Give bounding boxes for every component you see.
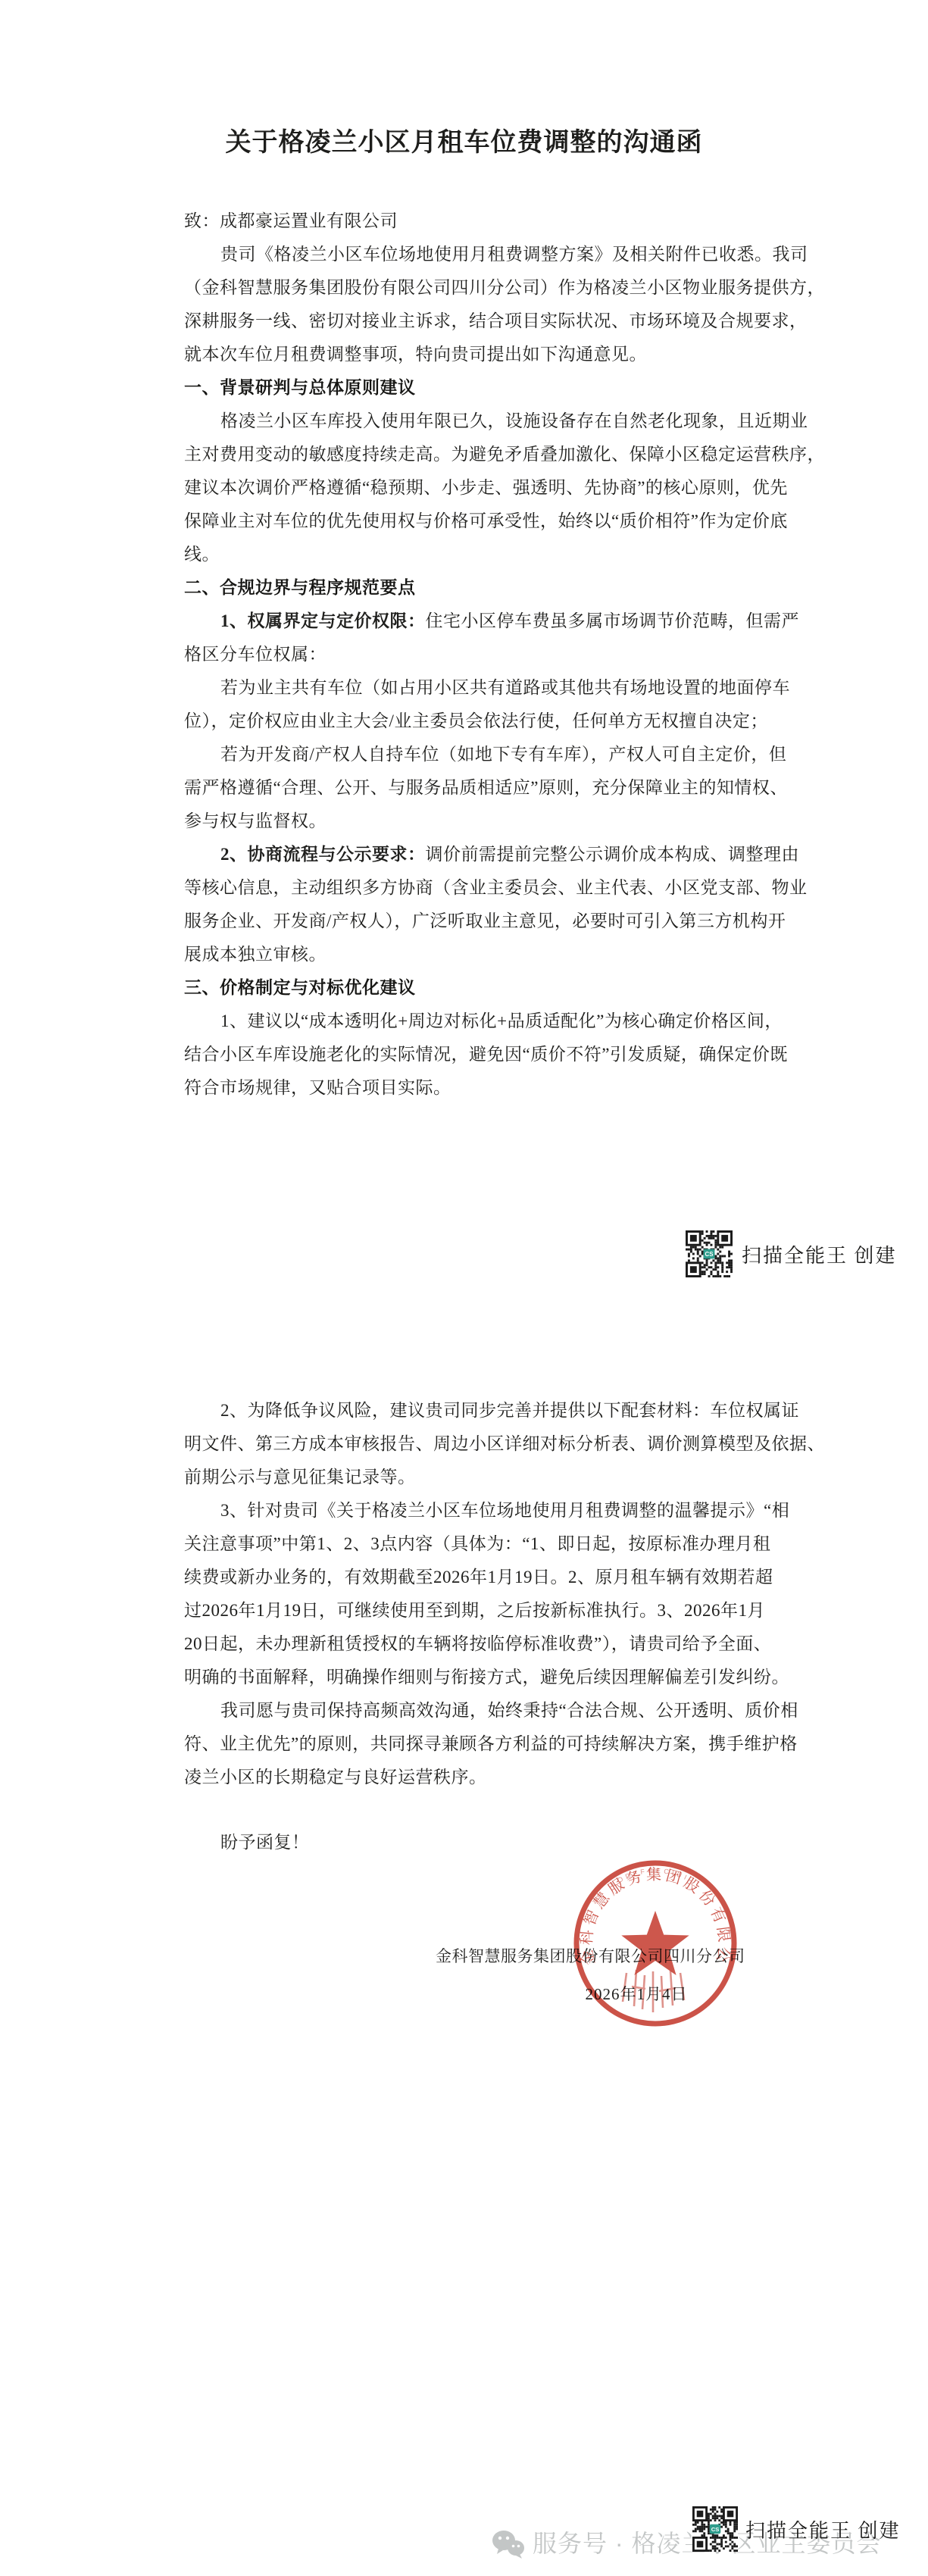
camscanner-label: 扫描全能王 创建 bbox=[742, 1240, 897, 1268]
text-line: 参与权与监督权。 bbox=[184, 805, 790, 838]
text-line: 前期公示与意见征集记录等。 bbox=[184, 1461, 790, 1494]
text-line: 等核心信息，主动组织多方协商（含业主委员会、业主代表、小区党支部、物业 bbox=[184, 871, 790, 905]
text-line: 服务企业、开发商/产权人），广泛听取业主意见，必要时可引入第三方机构开 bbox=[184, 905, 790, 938]
wechat-icon bbox=[491, 2529, 526, 2561]
text-line: （金科智慧服务集团股份有限公司四川分公司）作为格凌兰小区物业服务提供方， bbox=[184, 271, 790, 305]
text-line: 致：成都豪运置业有限公司 bbox=[184, 205, 790, 238]
page-title: 关于格凌兰小区月租车位费调整的沟通函 bbox=[0, 121, 928, 158]
text-line: 2、为降低争议风险，建议贵司同步完善并提供以下配套材料：车位权属证 bbox=[184, 1394, 790, 1427]
svg-text:CS: CS bbox=[711, 2526, 720, 2533]
text-line: 展成本独立审核。 bbox=[184, 938, 790, 971]
text-line: 需严格遵循“合理、公开、与服务品质相适应”原则，充分保障业主的知情权、 bbox=[184, 771, 790, 805]
text-line: 符、业主优先”的原则，共同探寻兼顾各方利益的可持续解决方案，携手维护格 bbox=[184, 1727, 790, 1761]
text-line: 关注意事项”中第1、2、3点内容（具体为：“1、即日起，按原标准办理月租 bbox=[184, 1527, 790, 1561]
closing-line: 盼予函复！ bbox=[220, 1826, 310, 1859]
text-line: 过2026年1月19日，可继续使用至到期，之后按新标准执行。3、2026年1月 bbox=[184, 1594, 790, 1627]
text-line: 明确的书面解释，明确操作细则与衔接方式，避免后续因理解偏差引发纠纷。 bbox=[184, 1661, 790, 1694]
text-line: 就本次车位月租费调整事项，特向贵司提出如下沟通意见。 bbox=[184, 338, 790, 371]
camscanner-badge-footer: CS 扫描全能王 创建 bbox=[692, 2506, 901, 2552]
text-line: 三、价格制定与对标优化建议 bbox=[184, 971, 790, 1005]
camscanner-label: 扫描全能王 创建 bbox=[745, 2515, 901, 2543]
letter-body-page1: 致：成都豪运置业有限公司贵司《格凌兰小区车位场地使用月租费调整方案》及相关附件已… bbox=[184, 205, 790, 1105]
text-line: 20日起，未办理新租赁授权的车辆将按临停标准收费”），请贵司给予全面、 bbox=[184, 1627, 790, 1661]
text-line: 建议本次调价严格遵循“稳预期、小步走、强透明、先协商”的核心原则，优先 bbox=[184, 471, 790, 505]
text-line: 明文件、第三方成本审核报告、周边小区详细对标分析表、调价测算模型及依据、 bbox=[184, 1427, 790, 1461]
qr-code-icon: CS bbox=[686, 1230, 733, 1277]
text-line: 线。 bbox=[184, 538, 790, 571]
letter-body-page2: 2、为降低争议风险，建议贵司同步完善并提供以下配套材料：车位权属证明文件、第三方… bbox=[184, 1394, 790, 1794]
text-line: 若为业主共有车位（如占用小区共有道路或其他共有场地设置的地面停车 bbox=[184, 671, 790, 705]
text-line: 1、建议以“成本透明化+周边对标化+品质适配化”为核心确定价格区间， bbox=[184, 1005, 790, 1038]
camscanner-badge-page1: CS 扫描全能王 创建 bbox=[686, 1230, 897, 1277]
text-line: 一、背景研判与总体原则建议 bbox=[184, 371, 790, 405]
text-line: 格区分车位权属： bbox=[184, 638, 790, 671]
company-seal-stamp: 金科智慧服务集团股份有限公司四川分公司 LODFFCECIUI bbox=[570, 1858, 741, 2029]
text-line: 符合市场规律，又贴合项目实际。 bbox=[184, 1071, 790, 1105]
text-line: 贵司《格凌兰小区车位场地使用月租费调整方案》及相关附件已收悉。我司 bbox=[184, 238, 790, 271]
text-line: 续费或新办业务的，有效期截至2026年1月19日。2、原月租车辆有效期若超 bbox=[184, 1561, 790, 1594]
text-line: 二、合规边界与程序规范要点 bbox=[184, 571, 790, 605]
text-line: 若为开发商/产权人自持车位（如地下专有车库），产权人可自主定价，但 bbox=[184, 738, 790, 771]
seal-star-icon bbox=[621, 1911, 689, 1975]
svg-text:CS: CS bbox=[705, 1251, 714, 1258]
text-line: 主对费用变动的敏感度持续走高。为避免矛盾叠加激化、保障小区稳定运营秩序， bbox=[184, 438, 790, 471]
seal-overprint-marks bbox=[623, 1970, 684, 2012]
text-line: 结合小区车库设施老化的实际情况，避免因“质价不符”引发质疑，确保定价既 bbox=[184, 1038, 790, 1071]
text-line: 2、协商流程与公示要求：调价前需提前完整公示调价成本构成、调整理由 bbox=[184, 838, 790, 871]
text-line: 我司愿与贵司保持高频高效沟通，始终秉持“合法合规、公开透明、质价相 bbox=[184, 1694, 790, 1727]
text-line: 深耕服务一线、密切对接业主诉求，结合项目实际状况、市场环境及合规要求， bbox=[184, 305, 790, 338]
text-line: 位），定价权应由业主大会/业主委员会依法行使，任何单方无权擅自决定； bbox=[184, 705, 790, 738]
text-line: 1、权属界定与定价权限：住宅小区停车费虽多属市场调节价范畴，但需严 bbox=[184, 605, 790, 638]
text-line: 格凌兰小区车库投入使用年限已久，设施设备存在自然老化现象，且近期业 bbox=[184, 405, 790, 438]
qr-code-icon: CS bbox=[692, 2506, 738, 2552]
text-line: 保障业主对车位的优先使用权与价格可承受性，始终以“质价相符”作为定价底 bbox=[184, 505, 790, 538]
text-line: 凌兰小区的长期稳定与良好运营秩序。 bbox=[184, 1761, 790, 1794]
text-line: 3、针对贵司《关于格凌兰小区车位场地使用月租费调整的温馨提示》“相 bbox=[184, 1494, 790, 1527]
